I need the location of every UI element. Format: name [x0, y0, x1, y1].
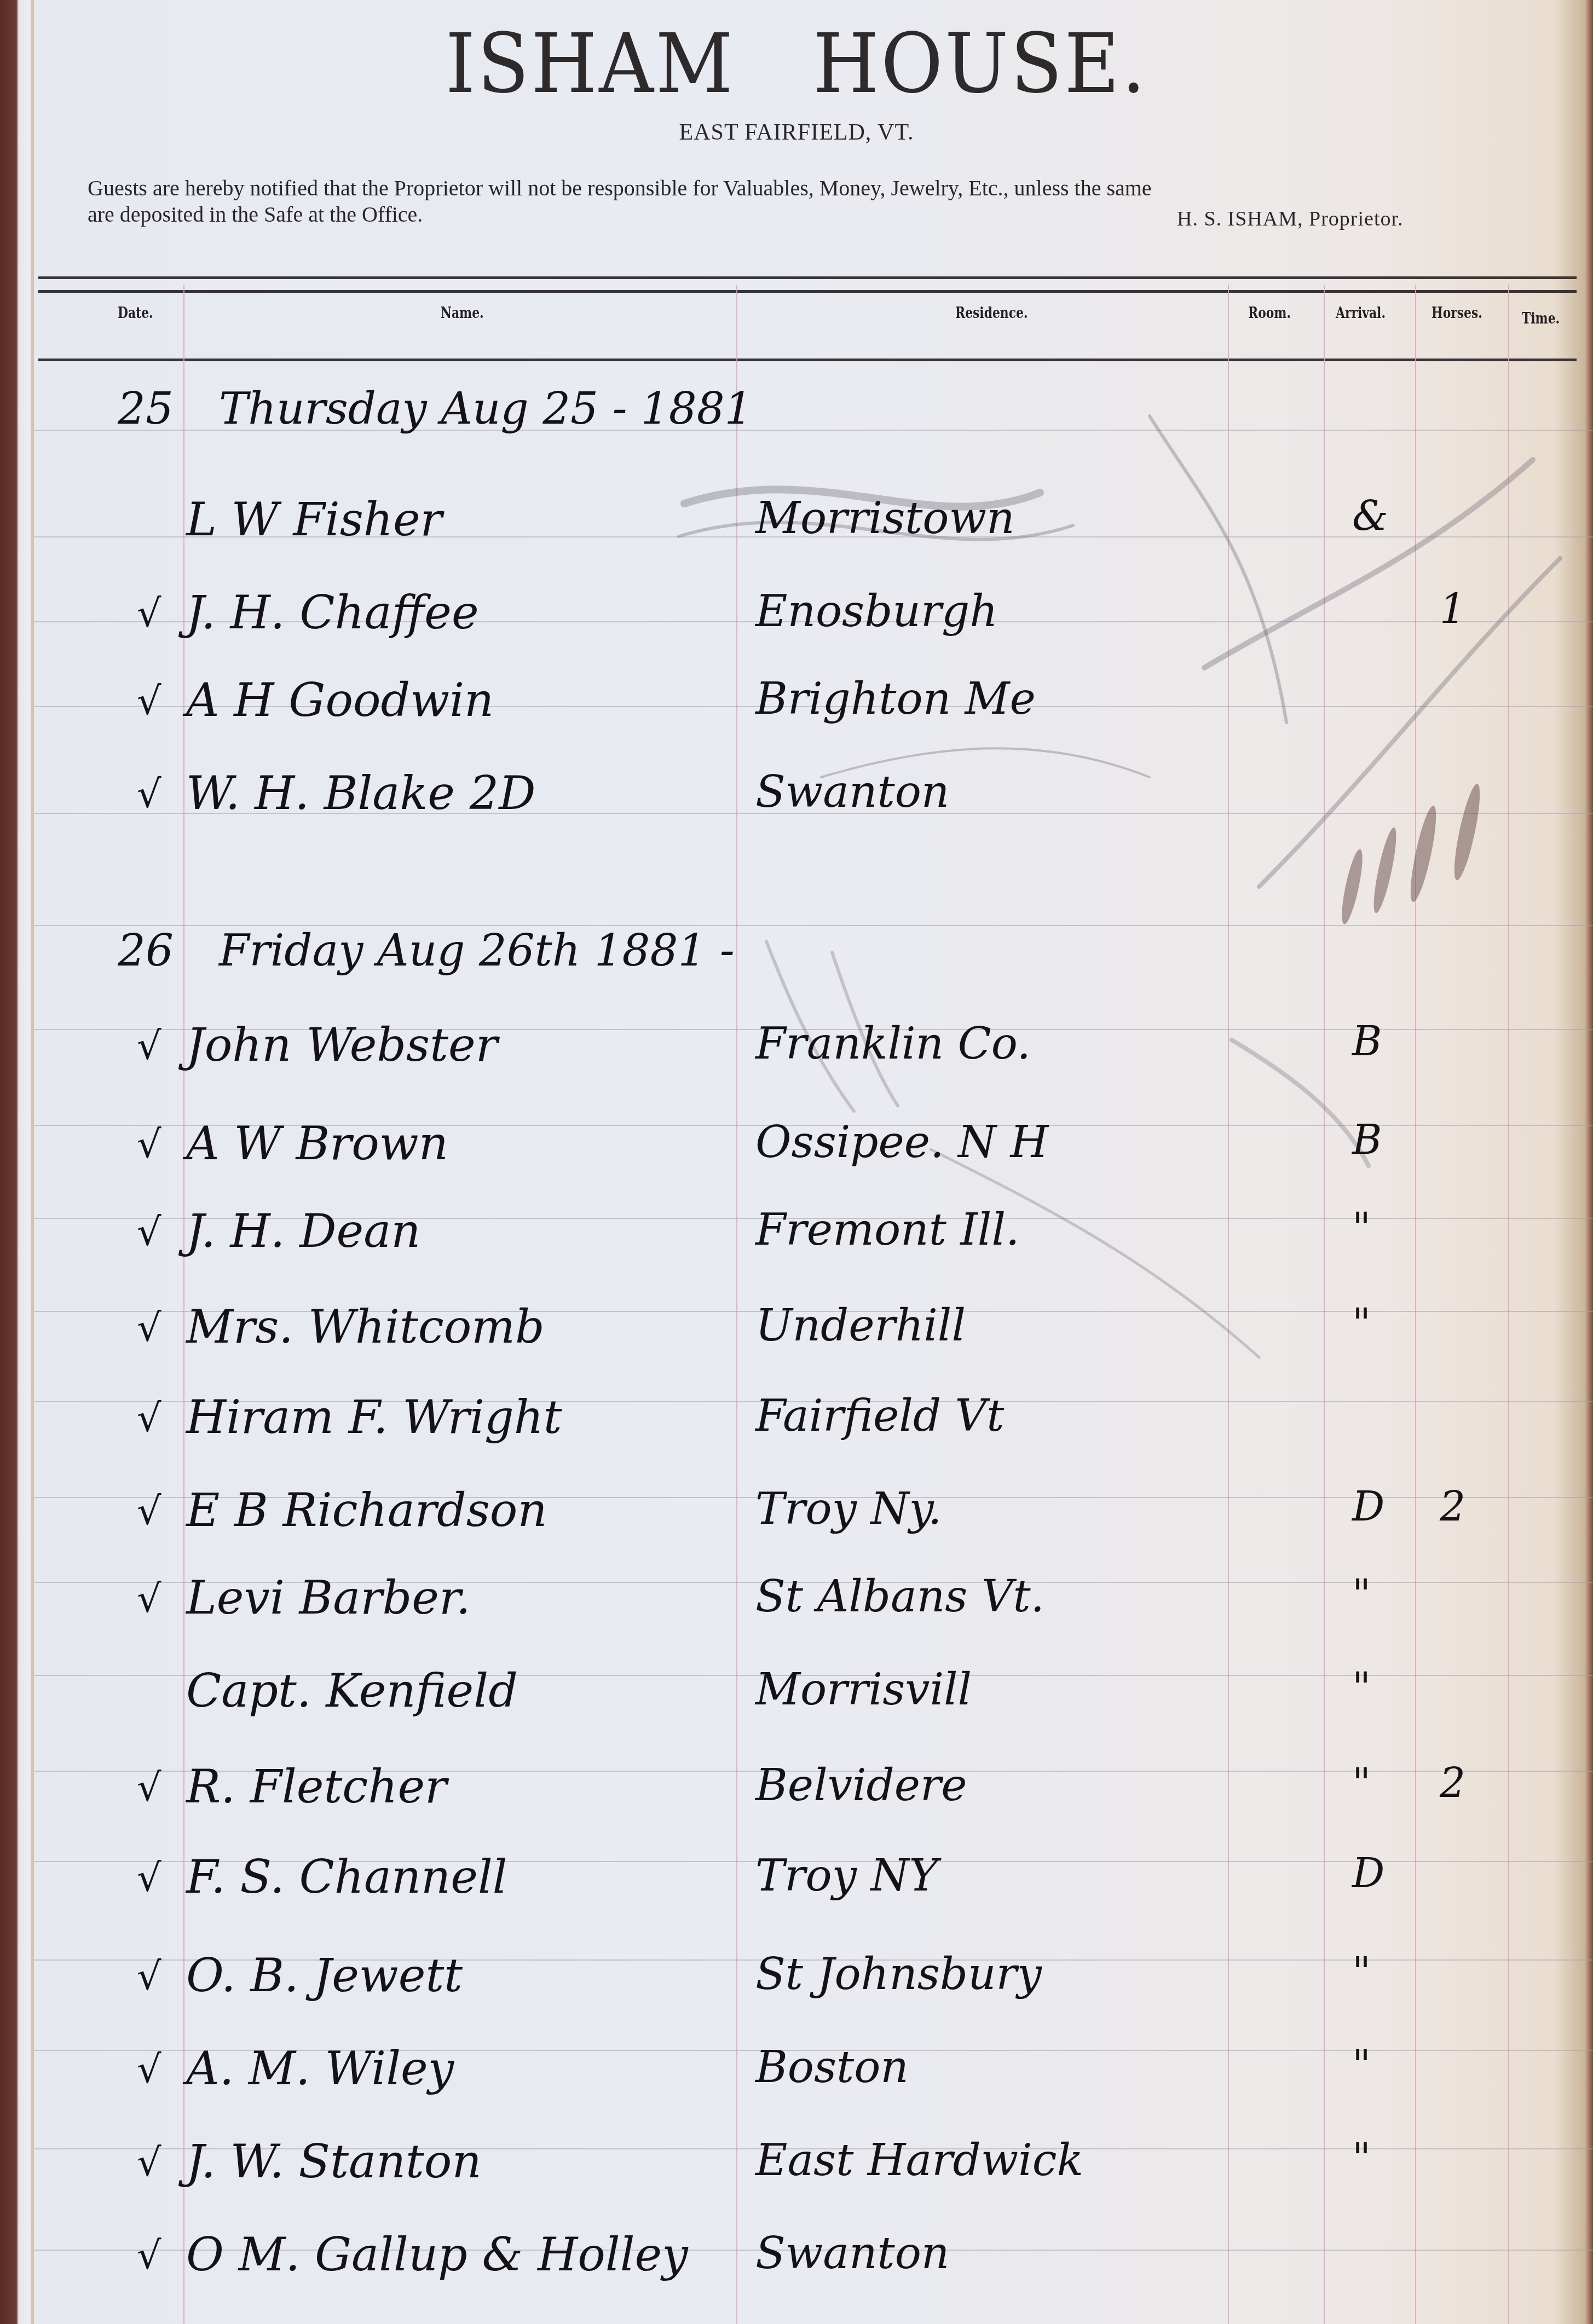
date-heading: Thursday Aug 25 - 1881 [219, 383, 752, 434]
arrival-value: " [1352, 1300, 1371, 1347]
checkmark-icon: √ [137, 2233, 161, 2278]
guest-name: A W Brown [186, 1117, 448, 1170]
column-header-room: Room. [1248, 304, 1291, 322]
horses-value: 2 [1440, 1760, 1465, 1807]
arrival-value: " [1352, 1760, 1371, 1807]
arrival-value: " [1352, 1204, 1371, 1251]
page-binding-edge [31, 0, 34, 2324]
guest-residence: Enosburgh [755, 586, 998, 637]
guest-residence: East Hardwick [755, 2135, 1083, 2186]
column-header-arrival: Arrival. [1336, 304, 1386, 322]
horses-value: 2 [1440, 1483, 1465, 1530]
entry-date: 26 [118, 925, 174, 976]
arrival-value: " [1352, 1571, 1371, 1618]
arrival-value: B [1352, 1117, 1382, 1164]
checkmark-icon: √ [137, 1765, 161, 1810]
guest-residence: Brighton Me [755, 673, 1036, 724]
guest-name: O. B. Jewett [186, 1949, 463, 2002]
checkmark-icon: √ [137, 1954, 161, 1999]
guest-name: J. W. Stanton [186, 2135, 482, 2188]
column-header-horses: Horses. [1432, 304, 1482, 322]
guest-name: R. Fletcher [186, 1760, 447, 1813]
guest-name: E B Richardson [186, 1483, 547, 1537]
guest-name: O M. Gallup & Holley [186, 2228, 688, 2281]
guest-residence: Underhill [755, 1300, 966, 1351]
guest-residence: Troy NY [755, 1850, 938, 1901]
guest-name: Capt. Kenfield [186, 1664, 518, 1718]
column-header-residence: Residence. [955, 304, 1028, 322]
guest-name: John Webster [186, 1018, 498, 1072]
column-header-name: Name. [441, 304, 484, 322]
column-header-date: Date. [118, 304, 153, 322]
checkmark-icon: √ [137, 1305, 161, 1350]
checkmark-icon: √ [137, 1489, 161, 1534]
guest-name: Mrs. Whitcomb [186, 1300, 545, 1354]
guest-name: F. S. Channell [186, 1850, 507, 1904]
guest-residence: Fairfield Vt [755, 1390, 1004, 1441]
guest-residence: Boston [755, 2042, 909, 2092]
proprietor-signature: H. S. ISHAM, Proprietor. [1177, 207, 1404, 231]
column-rule-horses [1508, 285, 1509, 2324]
column-rule-name [736, 285, 737, 2324]
column-rule-residence [1228, 285, 1229, 2324]
table-top-rule [38, 276, 1577, 293]
guest-name: A H Goodwin [186, 673, 494, 727]
guest-residence: Fremont Ill. [755, 1204, 1019, 1255]
guest-residence: St Johnsbury [755, 1949, 1042, 1999]
arrival-value: " [1352, 2135, 1371, 2182]
guest-name: J. H. Dean [186, 1204, 420, 1258]
guest-residence: Morrisvill [755, 1664, 972, 1715]
guest-name: W. H. Blake 2D [186, 766, 536, 820]
hotel-title: ISHAM HOUSE. [64, 16, 1529, 112]
horses-value: 1 [1440, 586, 1465, 633]
checkmark-icon: √ [137, 772, 161, 817]
checkmark-icon: √ [137, 1576, 161, 1621]
column-header-time: Time. [1522, 309, 1560, 327]
checkmark-icon: √ [137, 1855, 161, 1900]
arrival-value: " [1352, 1949, 1371, 1996]
table-header-rule [38, 359, 1577, 361]
guest-residence: Ossipee. N H [755, 1117, 1048, 1167]
arrival-value: & [1352, 493, 1388, 540]
arrival-value: " [1352, 2042, 1371, 2089]
checkmark-icon: √ [137, 1122, 161, 1167]
arrival-value: " [1352, 1664, 1371, 1711]
column-rule-date [183, 285, 184, 2324]
guest-name: Hiram F. Wright [186, 1390, 562, 1444]
liability-notice: Guests are hereby notified that the Prop… [88, 175, 1566, 201]
checkmark-icon: √ [137, 1024, 161, 1068]
guest-residence: St Albans Vt. [755, 1571, 1044, 1622]
column-rule-room [1324, 285, 1325, 2324]
guest-residence: Belvidere [755, 1760, 967, 1811]
title-word-isham: ISHAM [446, 16, 735, 112]
checkmark-icon: √ [137, 591, 161, 636]
guest-residence: Swanton [755, 766, 949, 817]
entry-date: 25 [118, 383, 174, 434]
column-rule-arrival [1415, 285, 1416, 2324]
checkmark-icon: √ [137, 1396, 161, 1441]
guest-residence: Troy Ny. [755, 1483, 942, 1534]
guest-name: A. M. Wiley [186, 2042, 454, 2095]
checkmark-icon: √ [137, 2140, 161, 2185]
arrival-value: B [1352, 1018, 1382, 1065]
checkmark-icon: √ [137, 1210, 161, 1255]
guest-residence: Franklin Co. [755, 1018, 1031, 1069]
arrival-value: D [1352, 1850, 1384, 1897]
guest-name: Levi Barber. [186, 1571, 471, 1625]
guest-residence: Swanton [755, 2228, 949, 2279]
guest-name: L W Fisher [186, 493, 442, 546]
title-word-house: HOUSE. [813, 16, 1147, 112]
liability-notice-continued: are deposited in the Safe at the Office. [88, 201, 423, 227]
date-heading: Friday Aug 26th 1881 - [219, 925, 735, 976]
guest-residence: Morristown [755, 493, 1015, 544]
hotel-location: EAST FAIRFIELD, VT. [0, 119, 1593, 146]
arrival-value: D [1352, 1483, 1384, 1530]
checkmark-icon: √ [137, 679, 161, 724]
checkmark-icon: √ [137, 2047, 161, 2092]
guest-name: J. H. Chaffee [186, 586, 479, 639]
